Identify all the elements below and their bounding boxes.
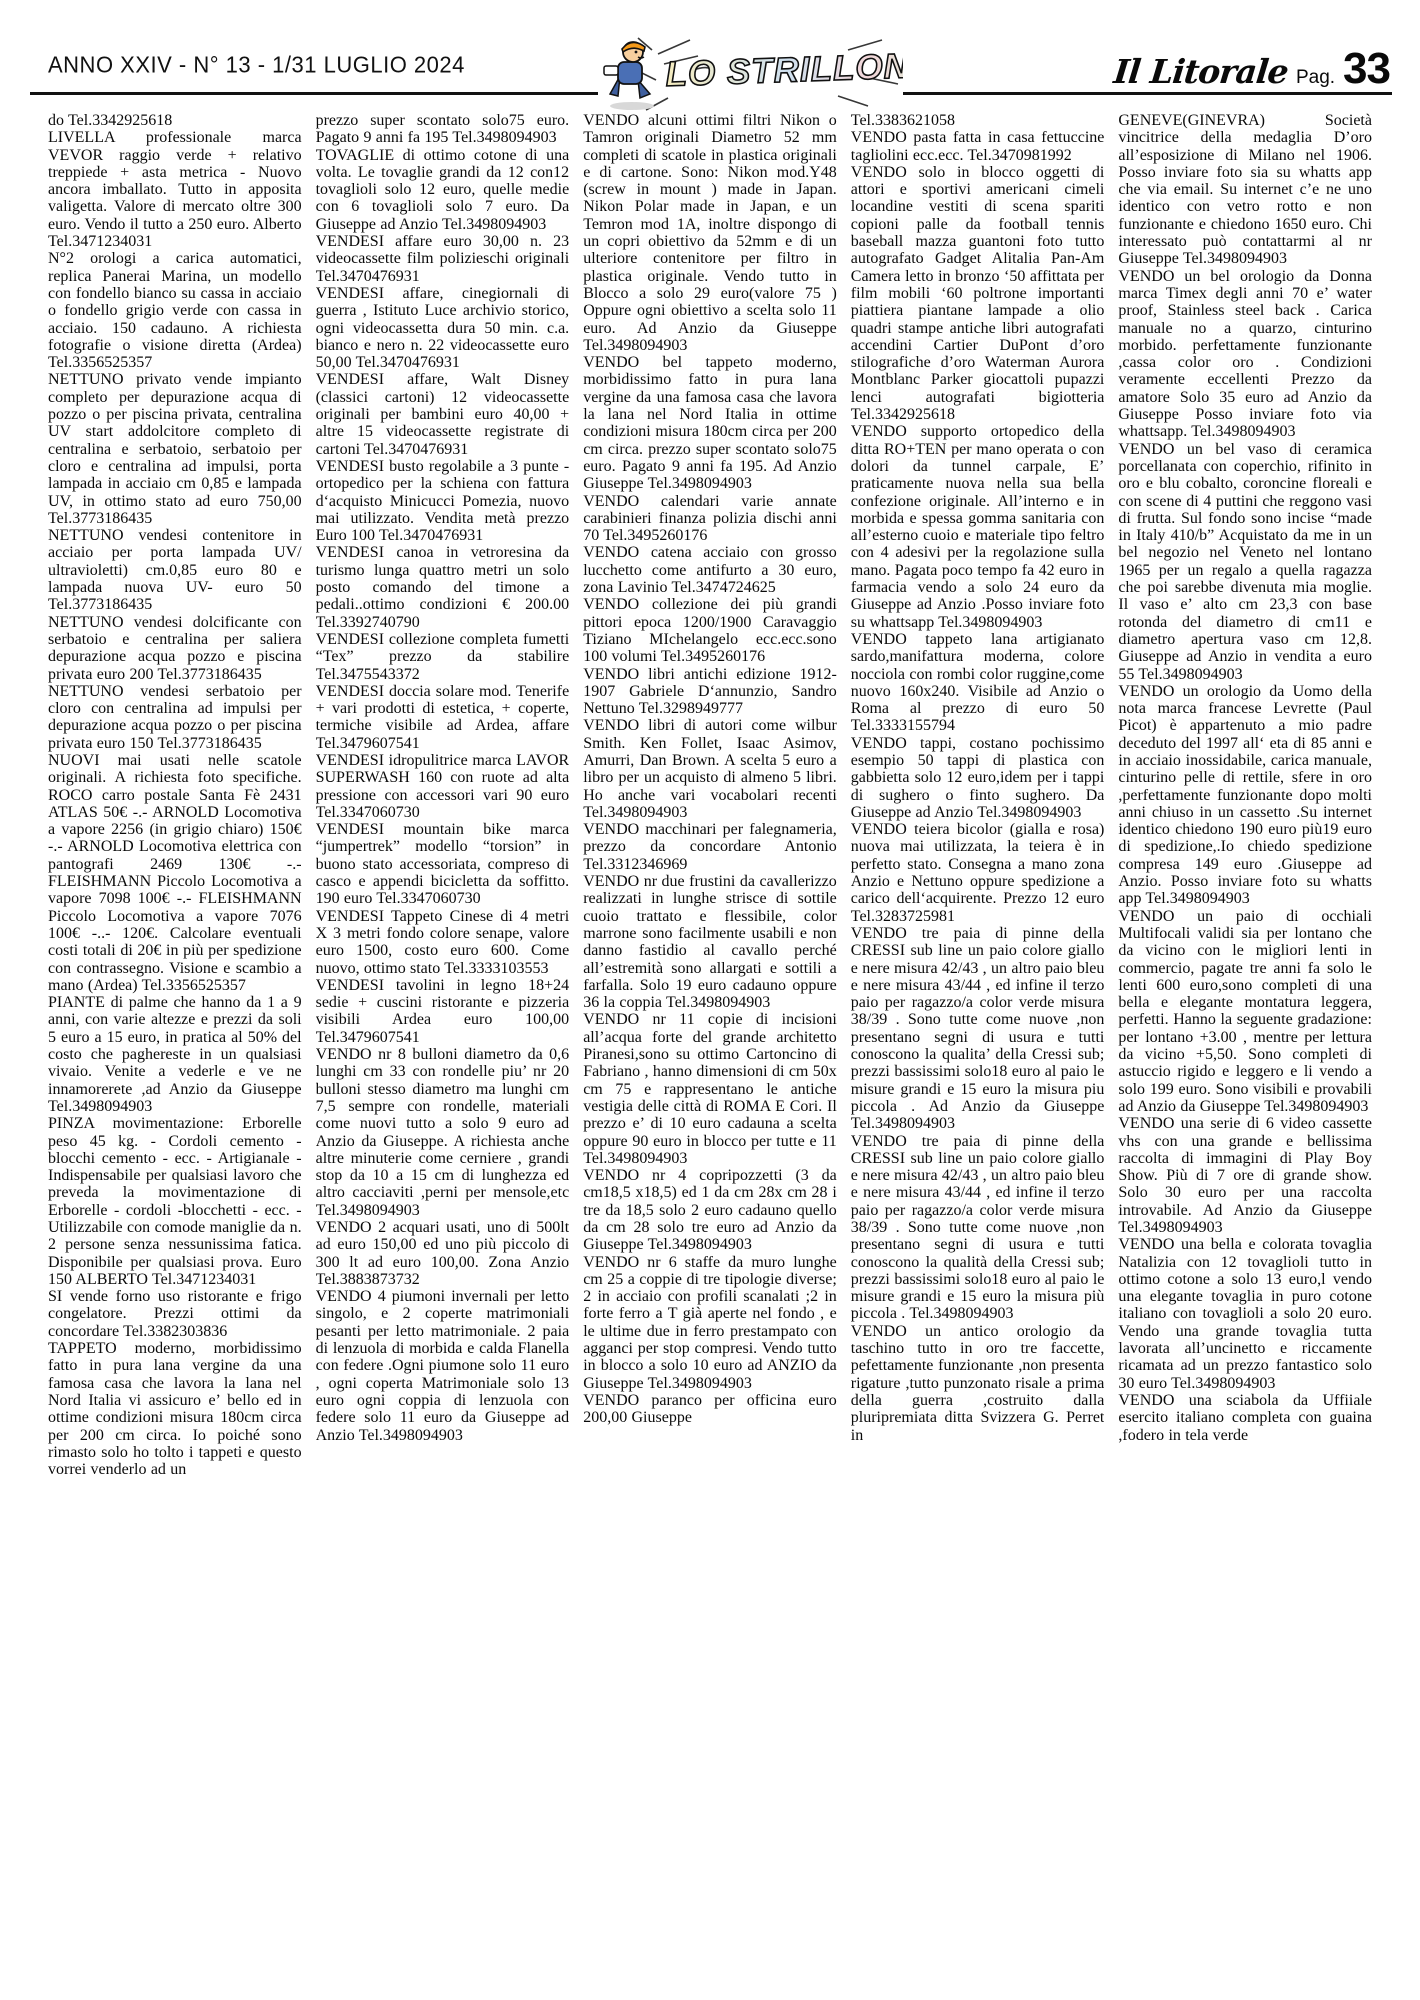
classified-ad: VENDESI collezione completa fumetti “Tex…	[316, 631, 570, 683]
classified-ad: VENDO nr 6 staffe da muro lunghe cm 25 a…	[583, 1254, 837, 1392]
classified-ad: VENDO 2 acquari usati, uno di 500lt ad e…	[316, 1219, 570, 1288]
classified-ad: VENDO tre paia di pinne della CRESSI sub…	[851, 925, 1105, 1133]
classified-ad: NUOVI mai usati nelle scatole originali.…	[48, 752, 302, 994]
classified-ad: VENDESI doccia solare mod. Tenerife + va…	[316, 683, 570, 752]
classified-ad: VENDO bel tappeto moderno, morbidissimo …	[583, 354, 837, 492]
classified-ad: VENDESI canoa in vetroresina da turismo …	[316, 544, 570, 630]
classified-ad: VENDO un bel vaso di ceramica porcellana…	[1118, 441, 1372, 683]
classified-ad: VENDO nr 8 bulloni diametro da 0,6 lungh…	[316, 1046, 570, 1219]
classified-ad: VENDO paranco per officina euro 200,00 G…	[583, 1392, 837, 1427]
classified-ad: GENEVE(GINEVRA) Società vincitrice della…	[1118, 112, 1372, 268]
classified-ad: NETTUNO vendesi serbatoio per cloro con …	[48, 683, 302, 752]
classified-ad: VENDO libri antichi edizione 1912-1907 G…	[583, 666, 837, 718]
classified-ad: VENDESI affare, Walt Disney (classici ca…	[316, 371, 570, 457]
paper-name: Il Litorale	[1112, 52, 1290, 91]
classified-ad: VENDO alcuni ottimi filtri Nikon o Tamro…	[583, 112, 837, 354]
classified-ad: PIANTE di palme che hanno da 1 a 9 anni,…	[48, 994, 302, 1115]
logo-title: LO STRILLONE	[665, 46, 903, 94]
masthead-right: Il Litorale Pag. 33	[1114, 44, 1390, 94]
classified-ad: do Tel.3342925618	[48, 112, 302, 129]
classified-ad: NETTUNO vendesi dolcificante con serbato…	[48, 614, 302, 683]
newsboy-logo-icon: LO STRILLONE	[598, 36, 903, 112]
classified-ad: VENDO tre paia di pinne della CRESSI sub…	[851, 1133, 1105, 1323]
classified-ad: VENDO un orologio da Uomo della nota mar…	[1118, 683, 1372, 908]
classified-ad: VENDO catena acciaio con grosso lucchett…	[583, 544, 837, 596]
classified-ad: LIVELLA professionale marca VEVOR raggio…	[48, 129, 302, 250]
classified-ad: TAPPETO moderno, morbidissimo fatto in p…	[48, 1340, 302, 1478]
classified-ad: VENDO calendari varie annate carabinieri…	[583, 493, 837, 545]
page-header: ANNO XXIV - N° 13 - 1/31 LUGLIO 2024	[0, 0, 1420, 112]
classified-ad: NETTUNO vendesi contenitore in acciaio p…	[48, 527, 302, 613]
classified-ad: VENDO un antico orologio da taschino tut…	[851, 1323, 1105, 1444]
classified-ad: VENDO tappi, costano pochissimo esempio …	[851, 735, 1105, 821]
classified-ad: VENDO una sciabola da Uffiiale esercito …	[1118, 1392, 1372, 1444]
page-label: Pag.	[1296, 67, 1335, 89]
header-rule-left	[30, 92, 598, 95]
classified-ad: N°2 orologi a carica automatici, replica…	[48, 250, 302, 371]
classified-ad: VENDO nr 4 copripozzetti (3 da cm18,5 x1…	[583, 1167, 837, 1253]
classifieds-column-3: VENDO alcuni ottimi filtri Nikon o Tamro…	[583, 112, 837, 1978]
classified-ad: VENDESI busto regolabile a 3 punte - ort…	[316, 458, 570, 544]
classified-ad: PINZA movimentazione: Erborelle peso 45 …	[48, 1115, 302, 1288]
page-number: 33	[1343, 44, 1390, 94]
edition-line: ANNO XXIV - N° 13 - 1/31 LUGLIO 2024	[48, 51, 465, 78]
classified-ad: VENDO pasta fatta in casa fettuccine tag…	[851, 129, 1105, 164]
classified-ad: Tel.3383621058	[851, 112, 1105, 129]
classified-ad: VENDO supporto ortopedico della ditta RO…	[851, 423, 1105, 631]
classified-ad: VENDESI affare euro 30,00 n. 23 videocas…	[316, 233, 570, 285]
classified-ad: VENDESI tavolini in legno 18+24 sedie + …	[316, 977, 570, 1046]
classifieds-column-4: Tel.3383621058VENDO pasta fatta in casa …	[851, 112, 1105, 1978]
classified-ad: VENDO macchinari per falegnameria, prezz…	[583, 821, 837, 873]
classified-ad: VENDO nr due frustini da cavallerizzo re…	[583, 873, 837, 1011]
classified-ad: VENDO nr 11 copie di incisioni all’acqua…	[583, 1011, 837, 1167]
classified-ad: prezzo super scontato solo75 euro. Pagat…	[316, 112, 570, 147]
classified-ad: VENDO collezione dei più grandi pittori …	[583, 596, 837, 665]
classifieds-column-2: prezzo super scontato solo75 euro. Pagat…	[316, 112, 570, 1978]
classifieds-column-5: GENEVE(GINEVRA) Società vincitrice della…	[1118, 112, 1372, 1978]
classified-ad: NETTUNO privato vende impianto completo …	[48, 371, 302, 527]
classified-ad: VENDO tappeto lana artigianato sardo,man…	[851, 631, 1105, 735]
classified-ad: VENDO una bella e colorata tovaglia Nata…	[1118, 1236, 1372, 1392]
classified-ad: VENDESI Tappeto Cinese di 4 metri X 3 me…	[316, 908, 570, 977]
lo-strillone-logo: LO STRILLONE	[598, 36, 903, 112]
classified-ad: VENDESI idropulitrice marca LAVOR SUPERW…	[316, 752, 570, 821]
classified-ad: VENDO solo in blocco oggetti di attori e…	[851, 164, 1105, 423]
classified-ad: SI vende forno uso ristorante e frigo co…	[48, 1288, 302, 1340]
classified-ad: VENDO teiera bicolor (gialla e rosa) nuo…	[851, 821, 1105, 925]
classified-ad: VENDO 4 piumoni invernali per letto sing…	[316, 1288, 570, 1444]
classified-ad: VENDO una serie di 6 video cassette vhs …	[1118, 1115, 1372, 1236]
classified-ad: VENDESI mountain bike marca “jumpertrek”…	[316, 821, 570, 907]
classified-ad: VENDESI affare, cinegiornali di guerra ,…	[316, 285, 570, 371]
classified-ad: VENDO un paio di occhiali Multifocali va…	[1118, 908, 1372, 1116]
classifieds-column-1: do Tel.3342925618LIVELLA professionale m…	[48, 112, 302, 1978]
classified-ad: TOVAGLIE di ottimo cotone di una volta. …	[316, 147, 570, 233]
classified-ad: VENDO libri di autori come wilbur Smith.…	[583, 717, 837, 821]
classifieds-grid: do Tel.3342925618LIVELLA professionale m…	[48, 112, 1372, 1978]
classified-ad: VENDO un bel orologio da Donna marca Tim…	[1118, 268, 1372, 441]
